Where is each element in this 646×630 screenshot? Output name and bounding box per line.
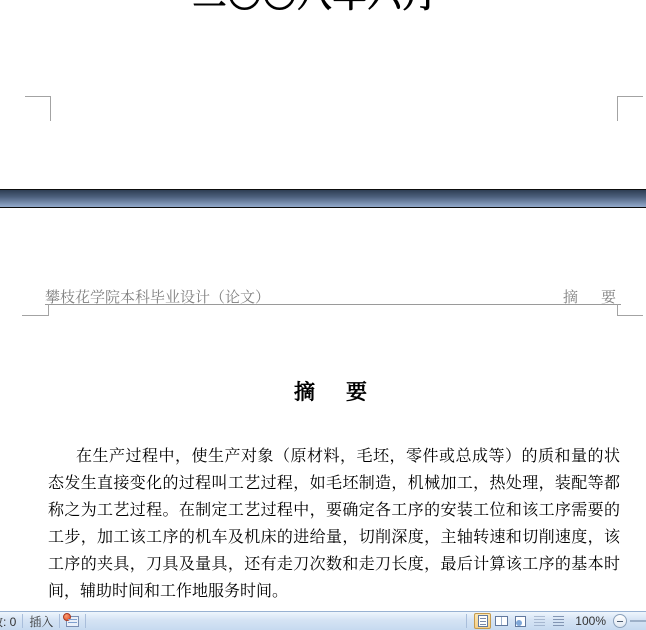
outline-view-button[interactable] — [531, 613, 548, 629]
crop-mark-page1-bottom-left-h — [25, 96, 50, 97]
zoom-slider-track[interactable] — [630, 620, 646, 622]
abstract-paragraph-line: 在生产过程中，使生产对象（原材料，毛坯，零件或总成等）的质和量的状 — [48, 443, 620, 470]
full-screen-reading-view-button[interactable] — [493, 613, 510, 629]
abstract-paragraph-line: 态发生直接变化的过程叫工艺过程，如毛坯制造，机械加工，热处理，装配等都 — [48, 470, 620, 497]
crop-mark-page1-bottom-right-h — [617, 96, 643, 97]
status-bar-right-group: 100% — [460, 612, 646, 630]
crop-mark-page2-top-left-v — [48, 304, 49, 316]
abstract-paragraph: 在生产过程中，使生产对象（原材料，毛坯，零件或总成等）的质和量的状 态发生直接变… — [48, 443, 620, 605]
crop-mark-page1-bottom-right-v — [617, 96, 618, 121]
record-dot-icon — [63, 613, 71, 621]
status-bar: 数: 0 插入 100% — [0, 611, 646, 630]
status-separator — [85, 614, 86, 628]
abstract-paragraph-line: 工序的夹具，刀具及量具，还有走刀次数和走刀长度，最后计算该工序的基本时 — [48, 551, 620, 578]
crop-mark-page1-bottom-left-v — [50, 96, 51, 121]
print-layout-icon — [478, 615, 488, 627]
status-separator — [466, 614, 467, 628]
abstract-paragraph-line: 工步，加工该工序的机车及机床的进给量，切削深度，主轴转速和切削速度，该 — [48, 524, 620, 551]
outline-icon — [534, 616, 545, 626]
thesis-date-text: 二〇〇八年六月 — [0, 0, 638, 13]
macro-record-icon[interactable] — [66, 616, 79, 627]
crop-mark-page2-top-left-h — [22, 315, 48, 316]
page-gap-separator — [0, 189, 646, 208]
crop-mark-page2-top-right-h — [617, 315, 643, 316]
running-header-rule — [45, 304, 621, 305]
abstract-paragraph-line: 间，辅助时间和工作地服务时间。 — [48, 578, 620, 605]
status-separator — [22, 614, 23, 628]
web-layout-icon — [515, 616, 526, 627]
zoom-level-button[interactable]: 100% — [575, 614, 606, 628]
zoom-out-button[interactable] — [613, 614, 627, 628]
word-count-status[interactable]: 数: 0 — [0, 613, 16, 630]
abstract-paragraph-line: 称之为工艺过程。在制定工艺过程中，要确定各工序的安装工位和该工序需要的 — [48, 497, 620, 524]
page1-date-clip: 二〇〇八年六月 — [0, 0, 646, 13]
insert-mode-toggle[interactable]: 插入 — [29, 613, 53, 630]
draft-icon — [553, 616, 564, 626]
crop-mark-page2-top-right-v — [617, 304, 618, 316]
draft-view-button[interactable] — [550, 613, 567, 629]
word-document-window: 二〇〇八年六月 攀枝花学院本科毕业设计（论文） 摘 要 摘 要 在生产过程中，使… — [0, 0, 646, 630]
web-layout-view-button[interactable] — [512, 613, 529, 629]
status-separator — [59, 614, 60, 628]
print-layout-view-button[interactable] — [474, 613, 491, 629]
abstract-title: 摘 要 — [48, 379, 618, 407]
full-screen-reading-icon — [495, 616, 508, 626]
